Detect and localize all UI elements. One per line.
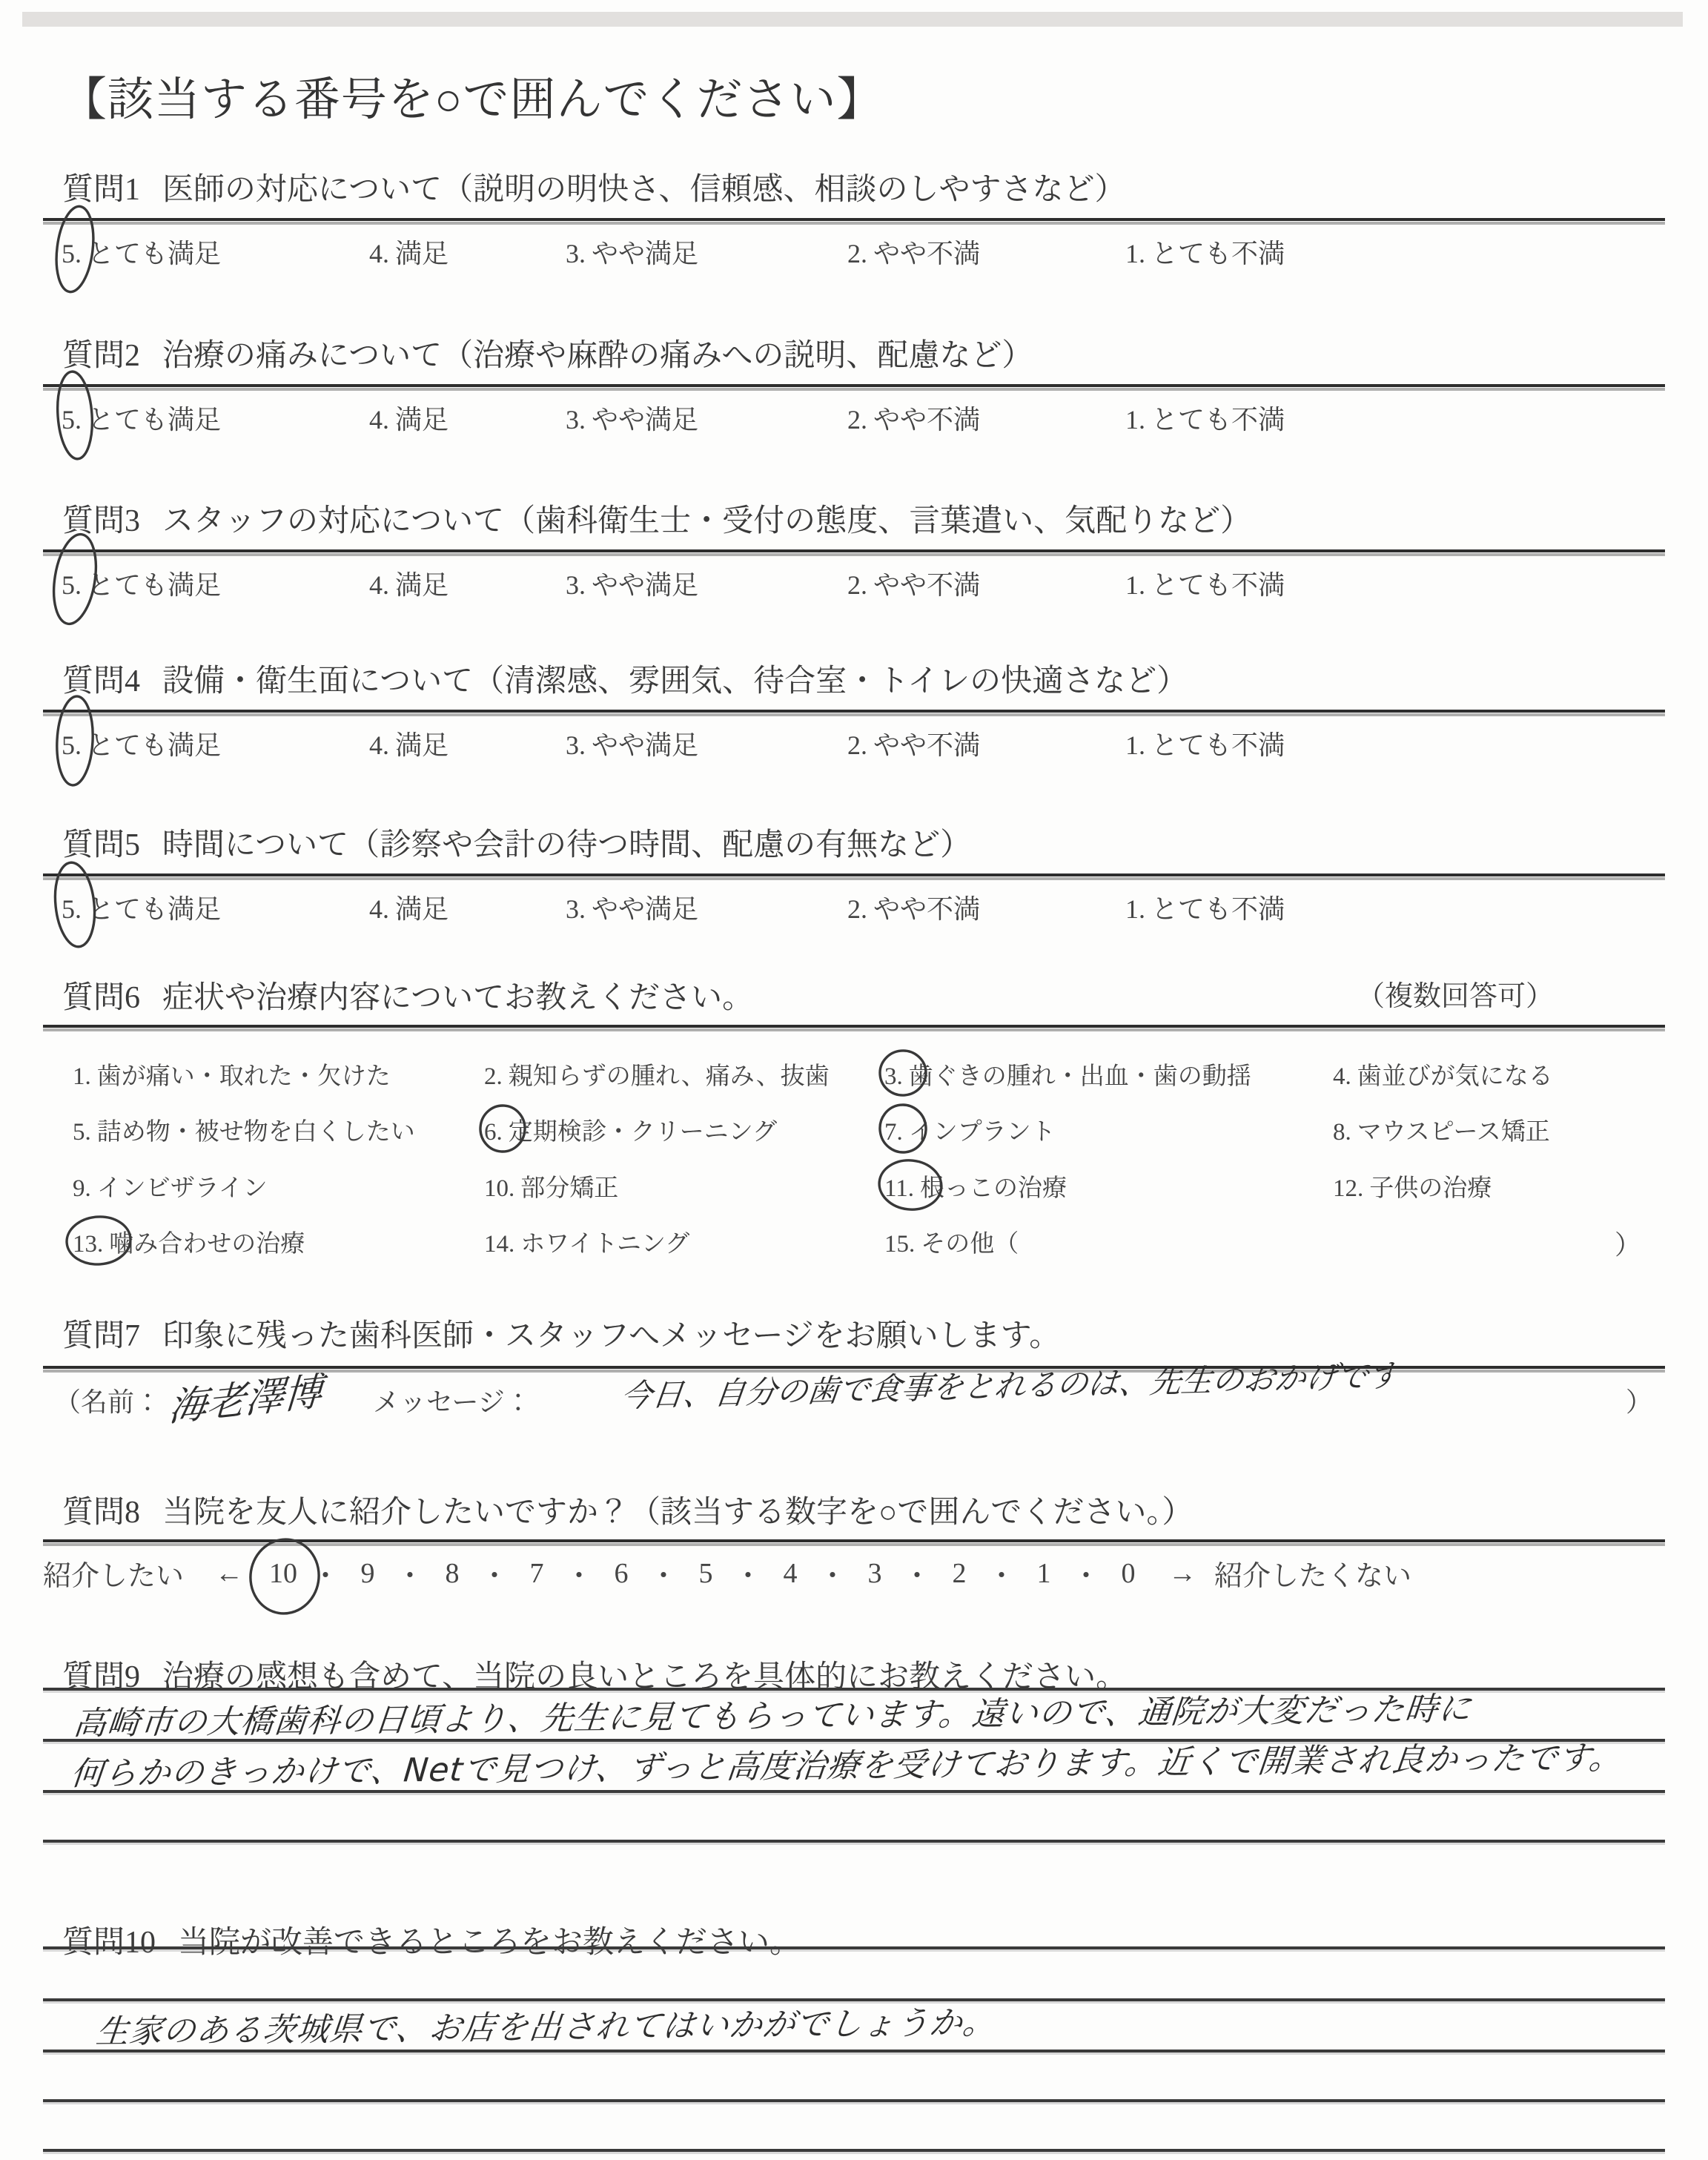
scale-dot: ・ — [559, 1553, 599, 1593]
scanned-survey-form: 【該当する番号を○で囲んでください】 質問1医師の対応について（説明の明快さ、信… — [0, 0, 1708, 2160]
question-5-section: 質問5時間について（診察や会計の待つ時間、配慮の有無など） 5.とても満足 4.… — [43, 820, 1668, 946]
rating-option-3: 3.やや満足 — [566, 724, 698, 762]
option-label: やや満足 — [592, 570, 698, 600]
scale-dot: ・ — [1066, 1553, 1106, 1593]
answer-line — [43, 2099, 1665, 2102]
symptom-item-5: 5.詰め物・被せ物を白くしたい — [73, 1112, 415, 1147]
option-label: とても満足 — [87, 730, 221, 760]
question-7-section: 質問7印象に残った歯科医師・スタッフへメッセージをお願いします。 （名前： メッ… — [43, 1311, 1668, 1459]
option-number: 3. — [566, 730, 586, 760]
item-number: 14. — [484, 1231, 514, 1258]
answer-line — [43, 2149, 1665, 2152]
rating-option-5: 5.とても満足 — [62, 233, 221, 271]
item-label: マウスピース矯正 — [1357, 1119, 1550, 1146]
item-number: 3. — [884, 1063, 903, 1090]
question-number: 質問8 — [62, 1496, 140, 1530]
left-arrow-icon: ← — [215, 1557, 243, 1590]
item-number: 12. — [1333, 1175, 1363, 1202]
rating-option-3: 3.やや満足 — [566, 564, 698, 602]
divider-line — [43, 549, 1665, 552]
option-number: 2. — [847, 894, 867, 924]
rating-options-row: 5.とても満足 4.満足 3.やや満足 2.やや不満 1.とても不満 — [43, 233, 1665, 274]
option-number: 4. — [369, 730, 389, 760]
question-number: 質問1 — [62, 173, 140, 207]
item-number: 9. — [73, 1175, 91, 1202]
symptom-item-12: 12.子供の治療 — [1333, 1169, 1492, 1203]
rating-option-3: 3.やや満足 — [566, 888, 698, 926]
rating-option-2: 2.やや不満 — [847, 724, 980, 762]
scale-number-5: 5 — [683, 1557, 728, 1590]
item-label: その他（ — [921, 1231, 1019, 1258]
option-label: とても不満 — [1151, 894, 1285, 924]
question-text: 印象に残った歯科医師・スタッフへメッセージをお願いします。 — [162, 1319, 1060, 1353]
option-label: やや不満 — [873, 730, 980, 760]
symptom-item-6: 6.定期検診・クリーニング — [484, 1112, 777, 1147]
divider-line — [43, 1025, 1665, 1028]
option-number: 1. — [1125, 405, 1145, 435]
option-number: 3. — [566, 570, 586, 600]
question-10-section: 質問10当院が改善できるところをお教えください。 生家のある茨城県で、お店を出さ… — [43, 1918, 1668, 2160]
option-label: やや満足 — [592, 239, 698, 268]
symptom-item-2: 2.親知らずの腫れ、痛み、抜歯 — [484, 1057, 830, 1091]
right-arrow-icon: → — [1168, 1557, 1196, 1590]
item-label: インプラント — [909, 1119, 1056, 1146]
symptom-item-13: 13.噛み合わせの治療 — [73, 1224, 305, 1259]
option-number: 3. — [566, 894, 586, 924]
scale-number-1: 1 — [1022, 1557, 1066, 1590]
option-label: とても不満 — [1151, 239, 1285, 268]
scale-dot: ・ — [390, 1553, 430, 1593]
item-label: 歯が痛い・取れた・欠けた — [97, 1063, 391, 1090]
option-label: やや満足 — [592, 894, 698, 924]
scale-dot: ・ — [305, 1553, 345, 1593]
item-number: 2. — [484, 1063, 503, 1090]
rating-option-5: 5.とても満足 — [62, 888, 221, 926]
option-label: やや不満 — [873, 239, 980, 268]
question-text: スタッフの対応について（歯科衛生士・受付の態度、言葉遣い、気配りなど） — [162, 504, 1251, 538]
scale-number-8: 8 — [430, 1557, 474, 1590]
message-label: メッセージ： — [373, 1381, 532, 1419]
rating-options-row: 5.とても満足 4.満足 3.やや満足 2.やや不満 1.とても不満 — [43, 399, 1665, 440]
item-number: 1. — [73, 1063, 91, 1090]
question-8-section: 質問8当院を友人に紹介したいですか？（該当する数字を○で囲んでください。） 紹介… — [43, 1487, 1668, 1614]
scan-artifact-strip — [22, 12, 1683, 27]
question-text: 時間について（診察や会計の待つ時間、配慮の有無など） — [162, 828, 971, 862]
question-3-heading: 質問3スタッフの対応について（歯科衛生士・受付の態度、言葉遣い、気配りなど） — [43, 496, 1251, 541]
scale-dot: ・ — [728, 1553, 768, 1593]
option-label: とても満足 — [87, 894, 221, 924]
option-number: 1. — [1125, 730, 1145, 760]
scale-number-10: 10 — [261, 1557, 305, 1590]
name-label: （名前： — [54, 1381, 161, 1419]
option-number: 5. — [62, 570, 82, 600]
option-label: とても不満 — [1151, 570, 1285, 600]
rating-option-5: 5.とても満足 — [62, 399, 221, 437]
symptom-item-10: 10.部分矯正 — [484, 1169, 618, 1203]
item-number: 4. — [1333, 1063, 1351, 1090]
multiple-answers-note: （複数回答可） — [1357, 973, 1554, 1014]
question-8-heading: 質問8当院を友人に紹介したいですか？（該当する数字を○で囲んでください。） — [43, 1487, 1193, 1532]
rating-option-1: 1.とても不満 — [1125, 564, 1285, 602]
question-number: 質問5 — [62, 828, 140, 862]
item-label: 親知らずの腫れ、痛み、抜歯 — [509, 1063, 830, 1090]
scale-dot: ・ — [474, 1553, 514, 1593]
option-label: やや不満 — [873, 570, 980, 600]
option-label: 満足 — [395, 239, 448, 268]
option-number: 1. — [1125, 894, 1145, 924]
item-number: 11. — [884, 1175, 914, 1202]
question-text: 治療の痛みについて（治療や麻酔の痛みへの説明、配慮など） — [162, 339, 1033, 373]
option-number: 2. — [847, 570, 867, 600]
scale-number-2: 2 — [937, 1557, 982, 1590]
option-number: 1. — [1125, 570, 1145, 600]
option-number: 4. — [369, 239, 389, 268]
divider-line — [43, 218, 1665, 221]
symptom-item-7: 7.インプラント — [884, 1112, 1056, 1147]
item-label: ホワイトニング — [520, 1231, 689, 1258]
rating-option-5: 5.とても満足 — [62, 724, 221, 762]
item-label: 詰め物・被せ物を白くしたい — [97, 1119, 415, 1146]
scale-number-4: 4 — [768, 1557, 812, 1590]
option-number: 5. — [62, 405, 82, 435]
option-number: 1. — [1125, 239, 1145, 268]
question-4-section: 質問4設備・衛生面について（清潔感、雰囲気、待合室・トイレの快適さなど） 5.と… — [43, 656, 1668, 782]
rating-option-2: 2.やや不満 — [847, 233, 980, 271]
symptom-item-9: 9.インビザライン — [73, 1169, 268, 1203]
option-label: とても満足 — [87, 570, 221, 600]
question-number: 質問4 — [62, 664, 140, 698]
symptom-item-14: 14.ホワイトニング — [484, 1224, 689, 1259]
rating-options-row: 5.とても満足 4.満足 3.やや満足 2.やや不満 1.とても不満 — [43, 888, 1665, 930]
question-number: 質問10 — [62, 1926, 156, 1960]
question-2-section: 質問2治療の痛みについて（治療や麻酔の痛みへの説明、配慮など） 5.とても満足 … — [43, 331, 1668, 457]
question-number: 質問6 — [62, 981, 140, 1015]
question-text: 医師の対応について（説明の明快さ、信頼感、相談のしやすさなど） — [162, 173, 1125, 207]
rating-options-row: 5.とても満足 4.満足 3.やや満足 2.やや不満 1.とても不満 — [43, 724, 1665, 766]
item-label: インビザライン — [97, 1175, 268, 1202]
other-close-paren: ） — [1615, 1224, 1641, 1262]
recommend-scale-row: 紹介したい ← 10 ・ 9 ・ 8 ・ 7 ・ 6 ・ 5 ・ 4 ・ 3 ・… — [43, 1553, 1425, 1593]
item-number: 6. — [484, 1119, 503, 1146]
item-number: 10. — [484, 1175, 514, 1202]
item-label: 歯ぐきの腫れ・出血・歯の動揺 — [909, 1063, 1251, 1090]
divider-line — [43, 873, 1665, 876]
item-number: 8. — [1333, 1119, 1351, 1146]
rating-option-4: 4.満足 — [369, 564, 448, 602]
option-label: 満足 — [395, 405, 448, 435]
question-text: 当院を友人に紹介したいですか？（該当する数字を○で囲んでください。） — [162, 1496, 1193, 1530]
option-number: 5. — [62, 894, 82, 924]
scale-number-7: 7 — [514, 1557, 559, 1590]
rating-option-2: 2.やや不満 — [847, 888, 980, 926]
question-text: 症状や治療内容についてお教えください。 — [162, 981, 753, 1015]
rating-option-4: 4.満足 — [369, 233, 448, 271]
option-label: やや不満 — [873, 405, 980, 435]
rating-option-1: 1.とても不満 — [1125, 399, 1285, 437]
option-number: 3. — [566, 239, 586, 268]
rating-option-3: 3.やや満足 — [566, 399, 698, 437]
scale-dot: ・ — [812, 1553, 853, 1593]
option-label: やや不満 — [873, 894, 980, 924]
item-number: 13. — [73, 1231, 103, 1258]
scale-dot: ・ — [643, 1553, 683, 1593]
option-number: 5. — [62, 730, 82, 760]
option-label: 満足 — [395, 570, 448, 600]
rating-option-4: 4.満足 — [369, 724, 448, 762]
question-1-heading: 質問1医師の対応について（説明の明快さ、信頼感、相談のしやすさなど） — [43, 165, 1126, 209]
symptom-item-8: 8.マウスピース矯正 — [1333, 1112, 1550, 1147]
field-close-paren: ） — [1626, 1381, 1652, 1419]
question-4-heading: 質問4設備・衛生面について（清潔感、雰囲気、待合室・トイレの快適さなど） — [43, 656, 1188, 701]
question-text: 設備・衛生面について（清潔感、雰囲気、待合室・トイレの快適さなど） — [162, 664, 1188, 698]
rating-option-3: 3.やや満足 — [566, 233, 698, 271]
option-number: 4. — [369, 405, 389, 435]
answer-line — [43, 1840, 1665, 1843]
question-number: 質問7 — [62, 1319, 140, 1353]
option-number: 3. — [566, 405, 586, 435]
item-label: 根っこの治療 — [920, 1175, 1067, 1202]
question-9-section: 質問9治療の感想も含めて、当院の良いところを具体的にお教えください。 高崎市の大… — [43, 1652, 1668, 1860]
rating-options-row: 5.とても満足 4.満足 3.やや満足 2.やや不満 1.とても不満 — [43, 564, 1665, 606]
item-number: 15. — [884, 1231, 915, 1258]
rating-option-5: 5.とても満足 — [62, 564, 221, 602]
item-label: 噛み合わせの治療 — [109, 1231, 305, 1258]
divider-line — [43, 710, 1665, 713]
form-title: 【該当する番号を○で囲んでください】 — [61, 62, 883, 128]
scale-number-text: 10 — [269, 1558, 297, 1589]
question-2-heading: 質問2治療の痛みについて（治療や麻酔の痛みへの説明、配慮など） — [43, 331, 1033, 375]
symptom-item-3: 3.歯ぐきの腫れ・出血・歯の動揺 — [884, 1057, 1251, 1091]
scale-left-label: 紹介したい — [43, 1553, 184, 1593]
scale-dot: ・ — [982, 1553, 1022, 1593]
option-number: 4. — [369, 894, 389, 924]
rating-option-4: 4.満足 — [369, 888, 448, 926]
question-7-heading: 質問7印象に残った歯科医師・スタッフへメッセージをお願いします。 — [43, 1311, 1060, 1355]
symptom-item-11: 11.根っこの治療 — [884, 1169, 1067, 1203]
option-label: 満足 — [395, 730, 448, 760]
item-number: 7. — [884, 1119, 903, 1146]
option-label: やや満足 — [592, 405, 698, 435]
question-number: 質問3 — [62, 504, 140, 538]
scale-dot: ・ — [897, 1553, 937, 1593]
item-number: 5. — [73, 1119, 91, 1146]
scale-number-3: 3 — [853, 1557, 897, 1590]
item-label: 部分矯正 — [520, 1175, 618, 1202]
option-number: 2. — [847, 730, 867, 760]
divider-line — [43, 384, 1665, 387]
rating-option-1: 1.とても不満 — [1125, 233, 1285, 271]
handwritten-answer: 生家のある茨城県で、お店を出されてはいかがでしょうか。 — [94, 1995, 999, 2052]
option-label: 満足 — [395, 894, 448, 924]
question-text: 当院が改善できるところをお教えください。 — [178, 1926, 801, 1960]
question-number: 質問2 — [62, 339, 140, 373]
question-5-heading: 質問5時間について（診察や会計の待つ時間、配慮の有無など） — [43, 820, 971, 865]
divider-line — [43, 1539, 1665, 1542]
symptom-item-15: 15.その他（ — [884, 1224, 1019, 1259]
option-label: とても満足 — [87, 405, 221, 435]
option-number: 2. — [847, 405, 867, 435]
option-label: とても不満 — [1151, 730, 1285, 760]
question-10-heading: 質問10当院が改善できるところをお教えください。 — [43, 1918, 801, 1962]
option-label: やや満足 — [592, 730, 698, 760]
rating-option-1: 1.とても不満 — [1125, 724, 1285, 762]
scale-number-6: 6 — [599, 1557, 643, 1590]
question-3-section: 質問3スタッフの対応について（歯科衛生士・受付の態度、言葉遣い、気配りなど） 5… — [43, 496, 1668, 622]
item-label: 定期検診・クリーニング — [509, 1119, 777, 1146]
option-number: 2. — [847, 239, 867, 268]
question-6-section: 質問6症状や治療内容についてお教えください。 （複数回答可） 1.歯が痛い・取れ… — [43, 973, 1668, 1284]
rating-option-2: 2.やや不満 — [847, 564, 980, 602]
rating-option-1: 1.とても不満 — [1125, 888, 1285, 926]
item-label: 子供の治療 — [1369, 1175, 1492, 1202]
answer-line — [43, 1946, 1665, 1949]
symptom-item-4: 4.歯並びが気になる — [1333, 1057, 1553, 1091]
option-label: とても不満 — [1151, 405, 1285, 435]
scale-number-0: 0 — [1106, 1557, 1151, 1590]
question-1-section: 質問1医師の対応について（説明の明快さ、信頼感、相談のしやすさなど） 5.とても… — [43, 165, 1668, 291]
scale-number-9: 9 — [345, 1557, 390, 1590]
option-number: 4. — [369, 570, 389, 600]
rating-option-2: 2.やや不満 — [847, 399, 980, 437]
scale-right-label: 紹介したくない — [1214, 1553, 1411, 1593]
rating-option-4: 4.満足 — [369, 399, 448, 437]
symptom-item-1: 1.歯が痛い・取れた・欠けた — [73, 1057, 391, 1091]
question-6-heading: 質問6症状や治療内容についてお教えください。 — [43, 973, 753, 1017]
option-label: とても満足 — [87, 239, 221, 268]
item-label: 歯並びが気になる — [1357, 1063, 1553, 1090]
option-number: 5. — [62, 239, 82, 268]
